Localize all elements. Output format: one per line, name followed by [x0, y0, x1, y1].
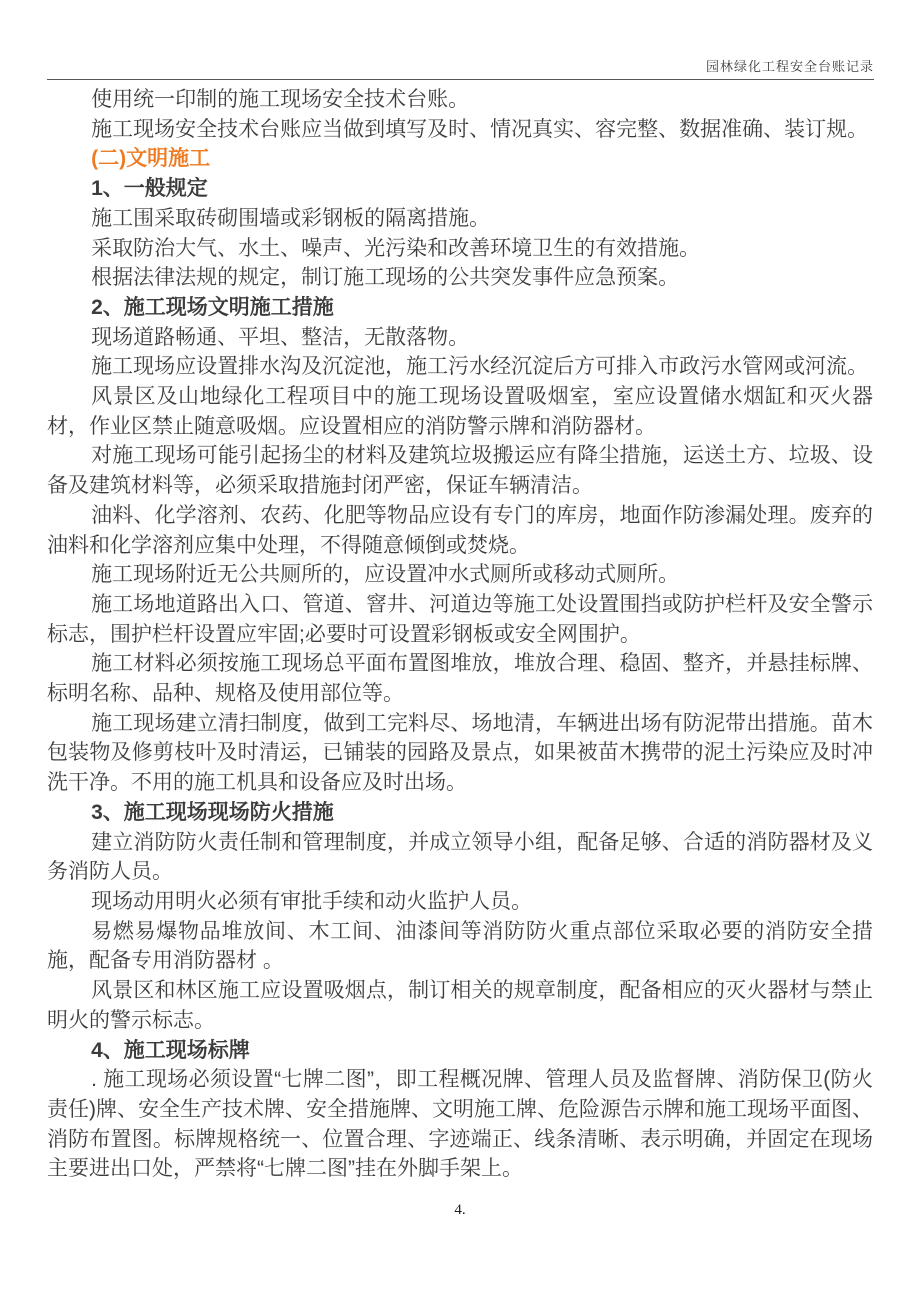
paragraph: 施工场地道路出入口、管道、窨井、河道边等施工处设置围挡或防护栏杆及安全警示标志，… — [47, 590, 873, 649]
page-header: 园林绿化工程安全台账记录 — [47, 0, 874, 80]
subsection-heading: 2、施工现场文明施工措施 — [47, 293, 873, 323]
subsection-heading: 1、一般规定 — [47, 174, 873, 204]
paragraph: . 施工现场必须设置“七牌二图”，即工程概况牌、管理人员及监督牌、消防保卫(防火… — [47, 1065, 873, 1184]
paragraph: 风景区及山地绿化工程项目中的施工现场设置吸烟室，室应设置储水烟缸和灭火器材，作业… — [47, 382, 873, 441]
paragraph: 油料、化学溶剂、农药、化肥等物品应设有专门的库房，地面作防渗漏处理。废弃的油料和… — [47, 501, 873, 560]
paragraph: 施工现场应设置排水沟及沉淀池，施工污水经沉淀后方可排入市政污水管网或河流。 — [47, 352, 873, 382]
subsection-heading: 4、施工现场标牌 — [47, 1036, 873, 1066]
subsection-heading: 3、施工现场现场防火措施 — [47, 798, 873, 828]
page-number: 4. — [454, 1202, 465, 1218]
paragraph: 施工现场安全技术台账应当做到填写及时、情况真实、容完整、数据准确、装订规。 — [47, 115, 873, 145]
header-title: 园林绿化工程安全台账记录 — [706, 59, 874, 74]
paragraph: 易燃易爆物品堆放间、木工间、油漆间等消防防火重点部位采取必要的消防安全措施，配备… — [47, 917, 873, 976]
paragraph: 施工材料必须按施工现场总平面布置图堆放，堆放合理、稳固、整齐，并悬挂标牌、标明名… — [47, 649, 873, 708]
paragraph: 现场动用明火必须有审批手续和动火监护人员。 — [47, 887, 873, 917]
paragraph: 建立消防防火责任制和管理制度，并成立领导小组，配备足够、合适的消防器材及义务消防… — [47, 828, 873, 887]
paragraph: 对施工现场可能引起扬尘的材料及建筑垃圾搬运应有降尘措施，运送土方、垃圾、设备及建… — [47, 441, 873, 500]
paragraph: 采取防治大气、水土、噪声、光污染和改善环境卫生的有效措施。 — [47, 234, 873, 264]
paragraph: 现场道路畅通、平坦、整洁，无散落物。 — [47, 323, 873, 353]
paragraph: 施工现场附近无公共厕所的，应设置冲水式厕所或移动式厕所。 — [47, 560, 873, 590]
paragraph: 施工围采取砖砌围墙或彩钢板的隔离措施。 — [47, 204, 873, 234]
document-body: 使用统一印制的施工现场安全技术台账。 施工现场安全技术台账应当做到填写及时、情况… — [47, 85, 873, 1184]
section-heading: (二)文明施工 — [47, 144, 873, 174]
paragraph: 风景区和林区施工应设置吸烟点，制订相关的规章制度，配备相应的灭火器材与禁止明火的… — [47, 976, 873, 1035]
document-page: 园林绿化工程安全台账记录 使用统一印制的施工现场安全技术台账。 施工现场安全技术… — [0, 0, 920, 1302]
page-footer: 4. — [0, 1202, 920, 1219]
paragraph: 根据法律法规的规定，制订施工现场的公共突发事件应急预案。 — [47, 263, 873, 293]
paragraph: 施工现场建立清扫制度，做到工完料尽、场地清，车辆进出场有防泥带出措施。苗木包装物… — [47, 709, 873, 798]
paragraph: 使用统一印制的施工现场安全技术台账。 — [47, 85, 873, 115]
